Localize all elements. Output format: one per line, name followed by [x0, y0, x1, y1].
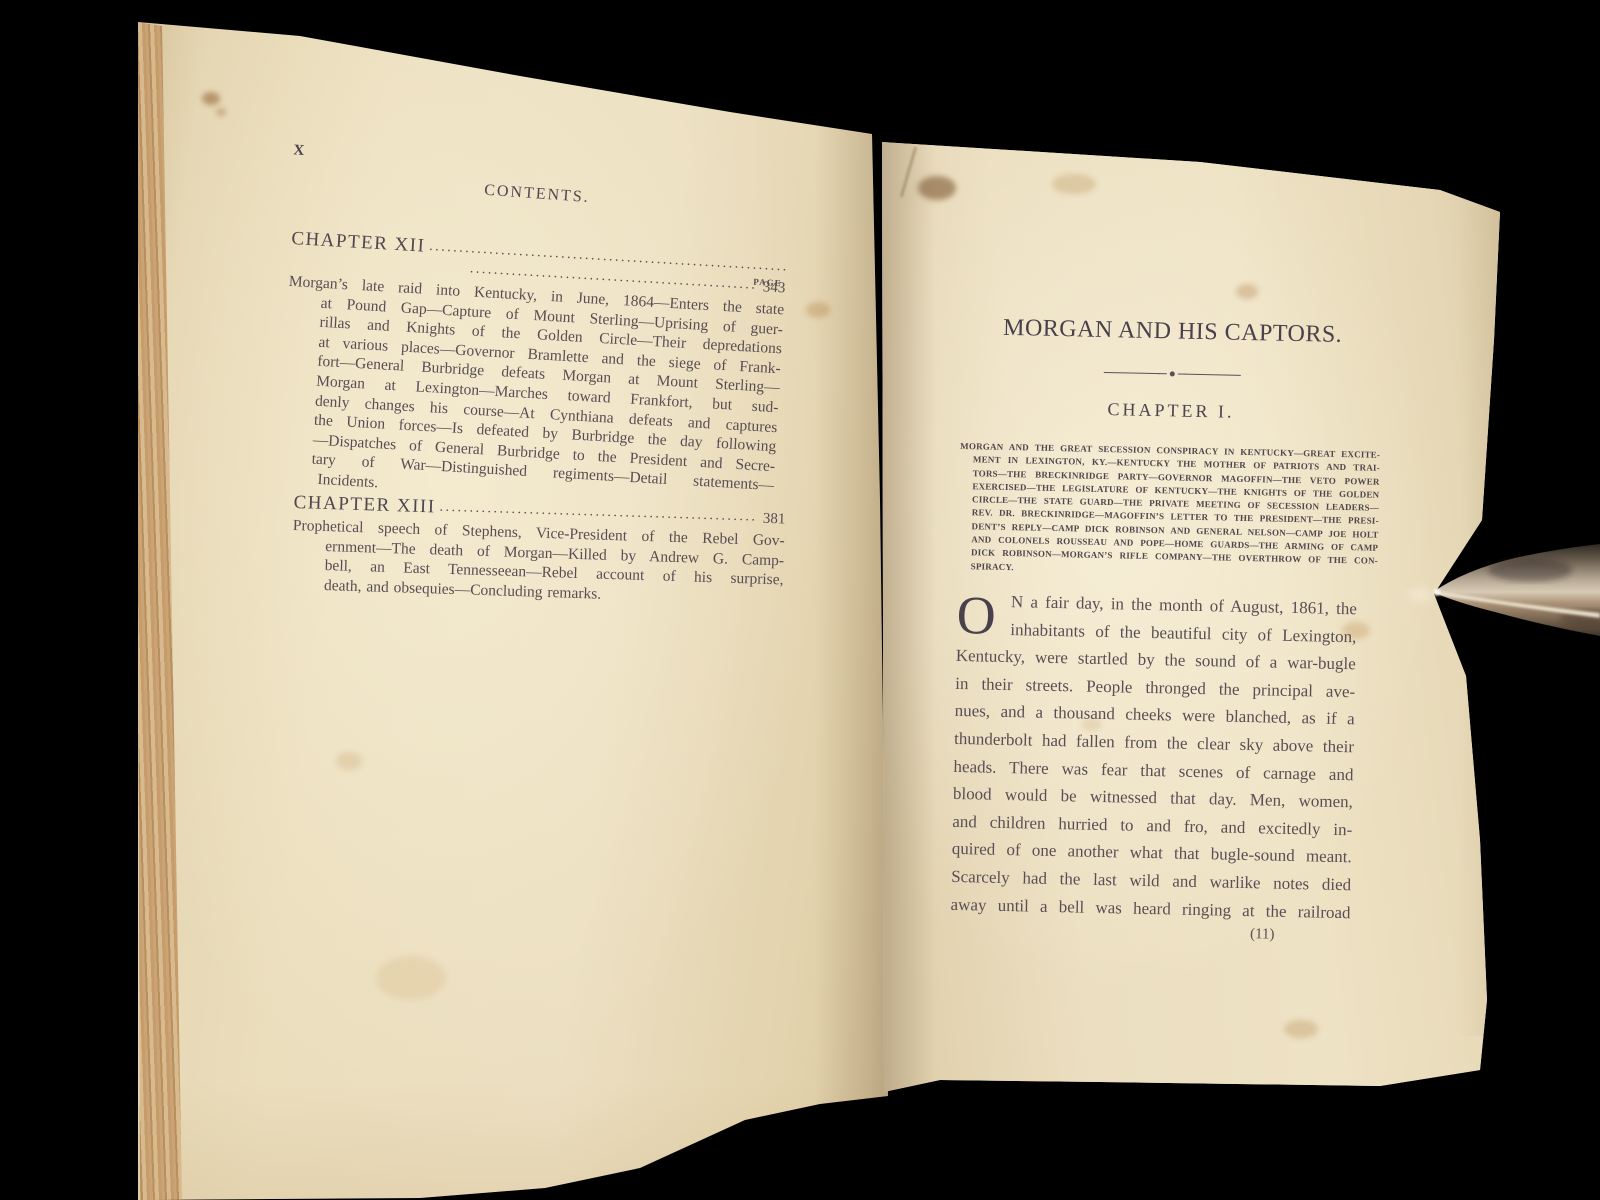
chapter-summary: MORGAN AND THE GREAT SECESSION CONSPIRAC…: [958, 440, 1381, 582]
toc-entry-chapter-12: CHAPTER XII ............................…: [277, 228, 787, 516]
stain: [918, 176, 956, 200]
drop-cap: O: [956, 590, 996, 641]
stain: [806, 302, 830, 318]
stain: [202, 92, 220, 105]
chapter-13-page-number: 381: [763, 511, 786, 529]
chapter-13-heading: CHAPTER XIII: [293, 492, 436, 518]
rule-line: [1103, 372, 1159, 374]
stain: [1052, 174, 1096, 194]
body-paragraph: O N a fair day, in the month of August, …: [950, 587, 1357, 926]
stain: [376, 956, 446, 1000]
chapter-one-page: MORGAN AND HIS CAPTORS. CHAPTER I. MORGA…: [950, 314, 1383, 946]
page-column-label: PAGE: [753, 277, 782, 289]
right-page-folio: (11): [1250, 926, 1370, 946]
ornamental-rule: [962, 367, 1382, 381]
rule-dot: [1169, 371, 1174, 376]
stain: [216, 108, 226, 116]
chapter-1-heading: CHAPTER I.: [961, 396, 1381, 426]
left-page-folio: X: [293, 142, 305, 160]
letter-opener-blade: [1395, 518, 1600, 658]
stain: [1236, 284, 1258, 299]
book-photo-scene: X CONTENTS. CHAPTER XII ................…: [0, 0, 1600, 1200]
toc-entry-chapter-13: CHAPTER XIII ...........................…: [291, 492, 786, 610]
rule-line: [1184, 374, 1240, 376]
stain: [1284, 1020, 1318, 1038]
stain: [336, 752, 362, 770]
